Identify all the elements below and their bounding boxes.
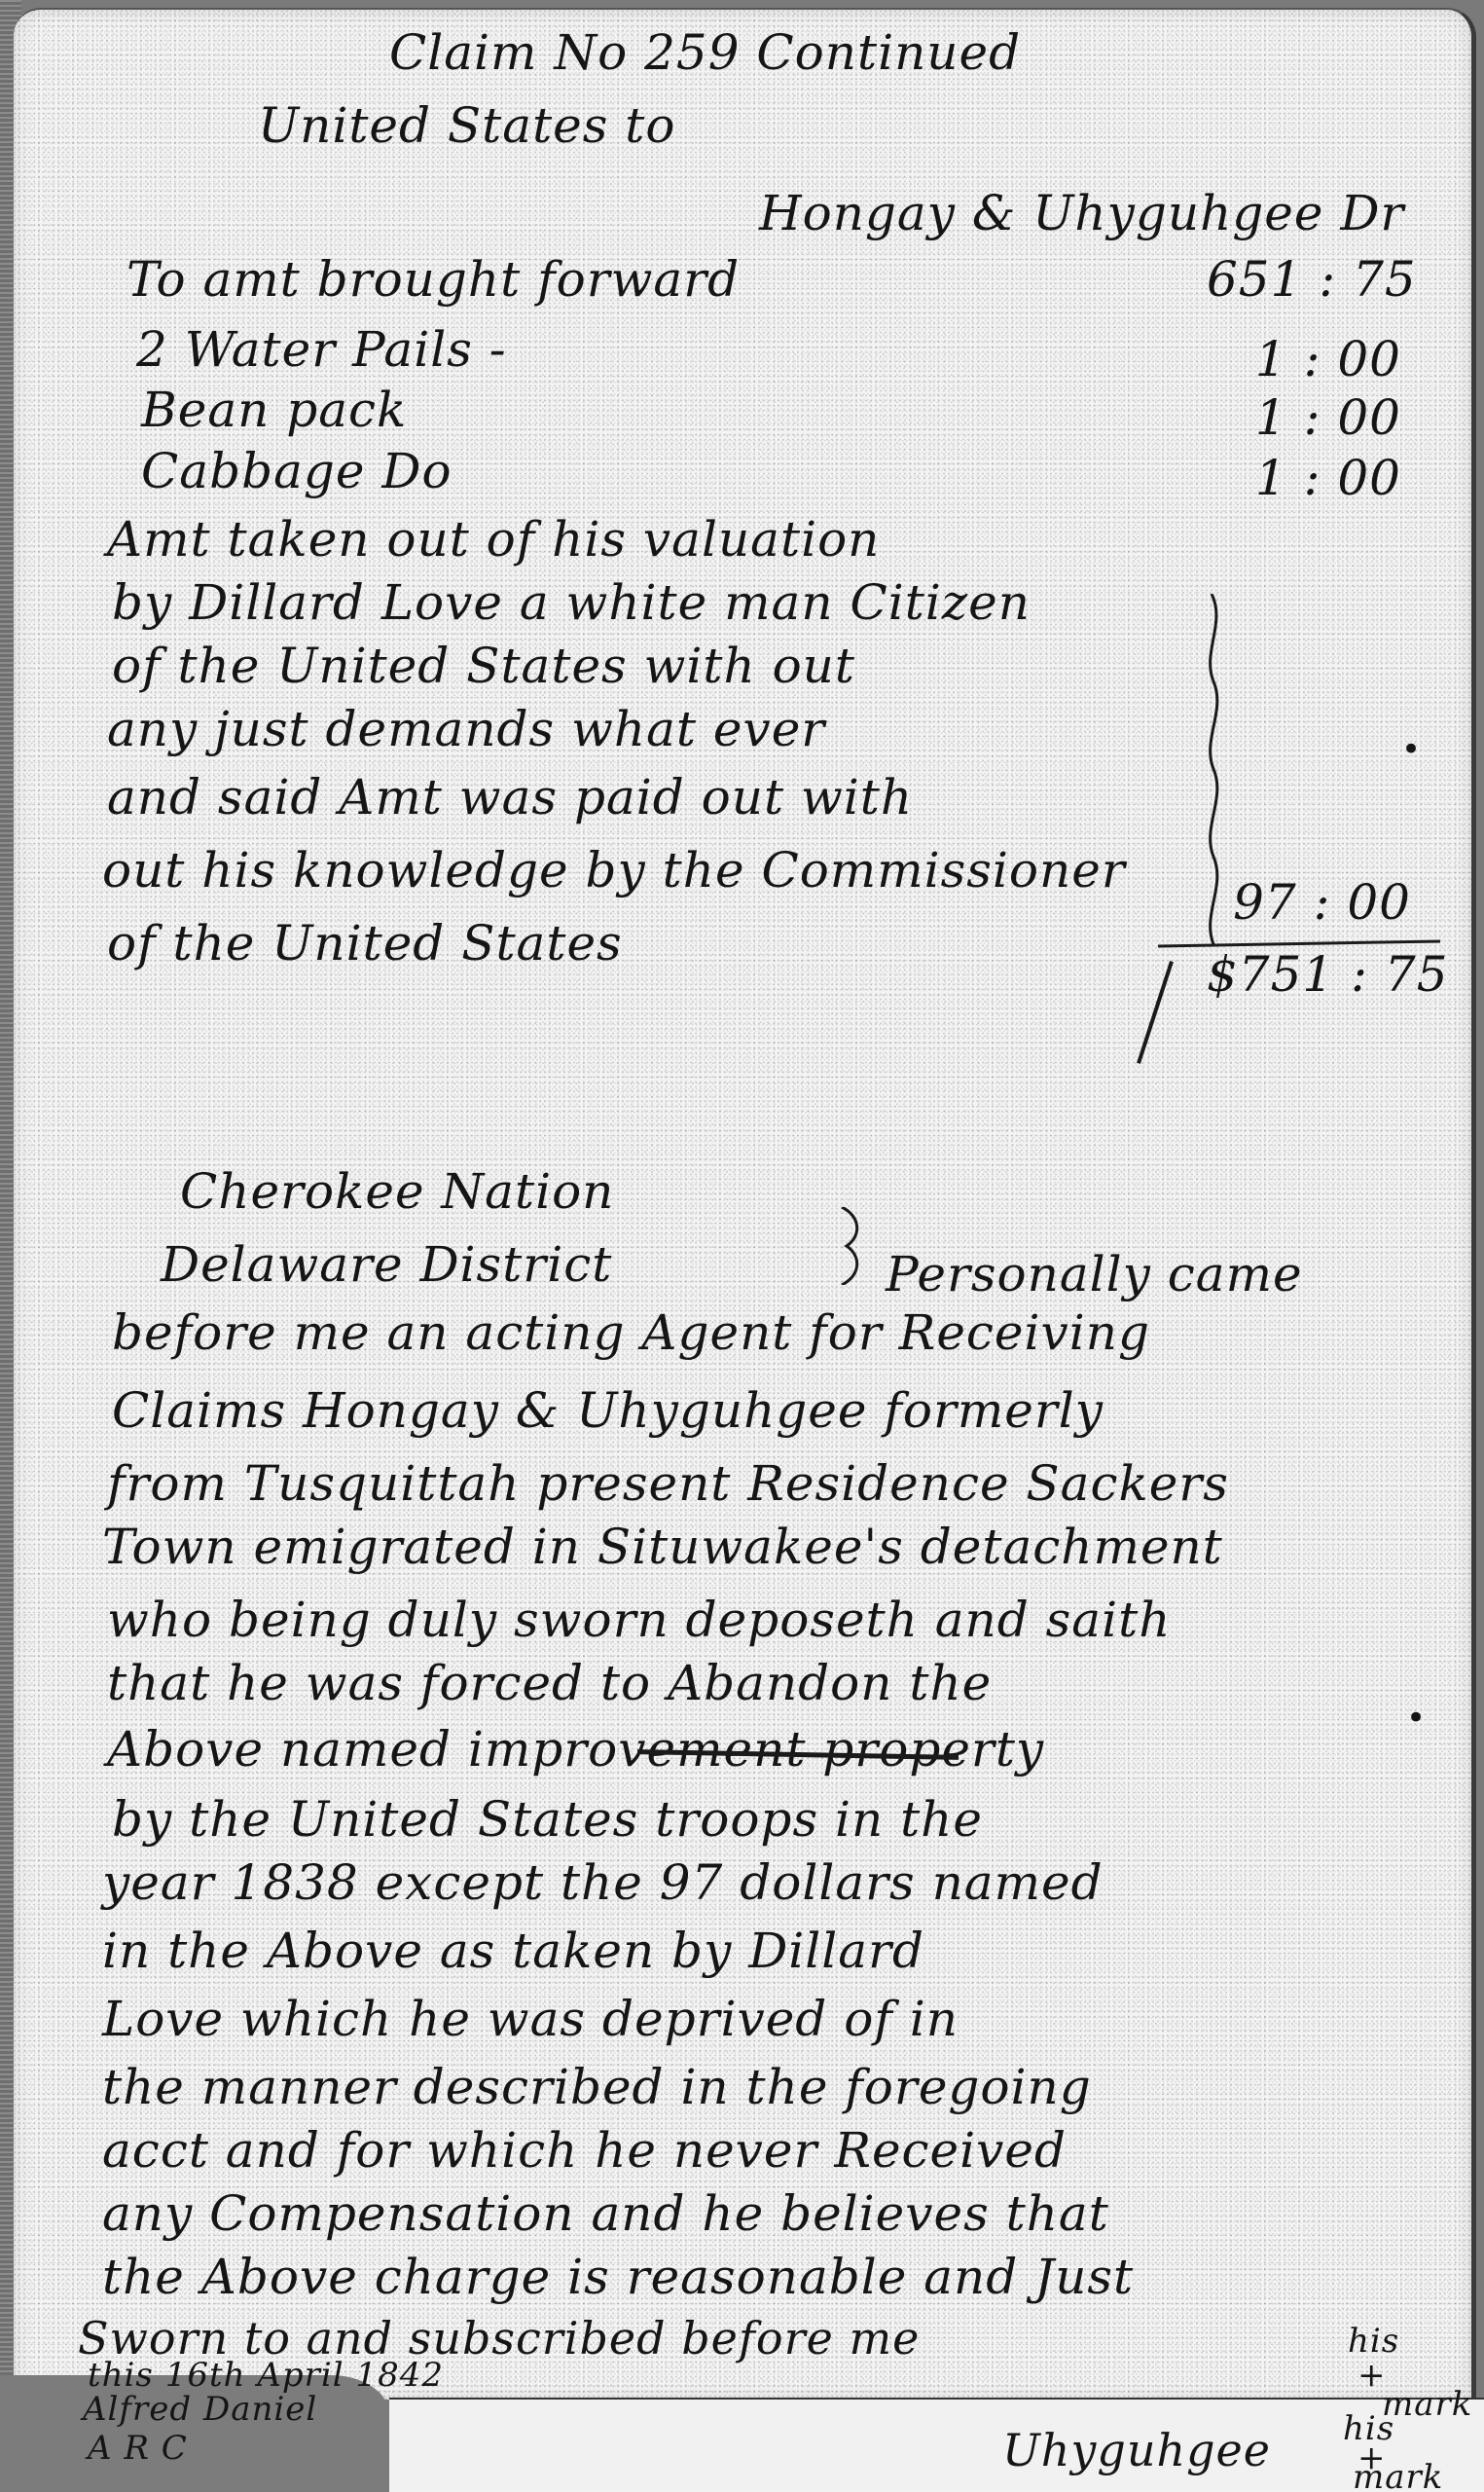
affidavit-line: that he was forced to Abandon the — [107, 1655, 992, 1711]
jurat-title: A R C — [88, 2429, 188, 2468]
signature-uhyguhgee: Uhyguhgee — [1002, 2424, 1271, 2476]
venue-brace-icon — [837, 1207, 866, 1285]
note-line: Amt taken out of his valuation — [107, 511, 880, 568]
item-amount: 1 : 00 — [1207, 389, 1401, 446]
item-label: Cabbage Do — [141, 443, 452, 499]
margin-mark: • — [1401, 730, 1422, 769]
affidavit-line: from Tusquittah present Residence Sacker… — [107, 1455, 1229, 1512]
margin-mark: • — [1406, 1699, 1427, 1738]
scan-bottom-strip — [389, 2398, 1484, 2492]
affidavit-line: in the Above as taken by Dillard — [102, 1923, 924, 1979]
jurat-officer: Alfred Daniel — [83, 2390, 317, 2429]
affidavit-line: Claims Hongay & Uhyguhgee formerly — [112, 1382, 1104, 1439]
item-label: 2 Water Pails - — [136, 321, 507, 378]
affidavit-line: year 1838 except the 97 dollars named — [102, 1854, 1104, 1911]
item-amount: 1 : 00 — [1207, 450, 1401, 506]
item-amount: 1 : 00 — [1207, 331, 1401, 387]
affidavit-line: by the United States troops in the — [112, 1791, 983, 1848]
affidavit-line: Above named improvement property — [107, 1721, 1044, 1777]
affidavit-line: Love which he was deprived of in — [102, 1991, 959, 2047]
addressee: United States to — [258, 97, 676, 154]
note-line: by Dillard Love a white man Citizen — [112, 574, 1031, 631]
item-label: To amt brought forward — [127, 251, 740, 308]
total-amount: $751 : 75 — [1207, 946, 1440, 1003]
affidavit-opening: Personally came — [886, 1246, 1303, 1302]
affidavit-line: the manner described in the foregoing — [102, 2059, 1092, 2115]
taken-amount: 97 : 00 — [1216, 874, 1411, 931]
item-label: Bean pack — [141, 382, 407, 438]
mark-label-1: mark — [1382, 2385, 1472, 2424]
jurat-date: this 16th April 1842 — [88, 2356, 444, 2395]
note-line: any just demands what ever — [107, 701, 825, 757]
mark-label-2: mark — [1353, 2458, 1443, 2492]
affidavit-line-with-strike: Above named improvement property — [107, 1721, 1044, 1777]
affidavit-line: who being duly sworn deposeth and saith — [107, 1592, 1171, 1648]
mark-his-1: his — [1348, 2322, 1399, 2361]
note-line: of the United States with out — [112, 638, 855, 694]
claim-header: Claim No 259 Continued — [389, 24, 1021, 81]
affidavit-line: any Compensation and he believes that — [102, 2185, 1109, 2242]
note-line: and said Amt was paid out with — [107, 769, 913, 825]
note-line: of the United States — [107, 915, 623, 971]
affidavit-line: before me an acting Agent for Receiving — [112, 1304, 1150, 1361]
item-amount: 651 : 75 — [1207, 251, 1401, 308]
affidavit-line: Town emigrated in Situwakee's detachment — [102, 1519, 1223, 1575]
venue-nation: Cherokee Nation — [180, 1163, 614, 1220]
claimant-line: Hongay & Uhyguhgee Dr — [759, 185, 1404, 241]
venue-district: Delaware District — [161, 1236, 612, 1293]
affidavit-line: the Above charge is reasonable and Just — [102, 2249, 1134, 2305]
affidavit-line: acct and for which he never Received — [102, 2122, 1067, 2179]
note-line: out his knowledge by the Commissioner — [102, 842, 1126, 898]
